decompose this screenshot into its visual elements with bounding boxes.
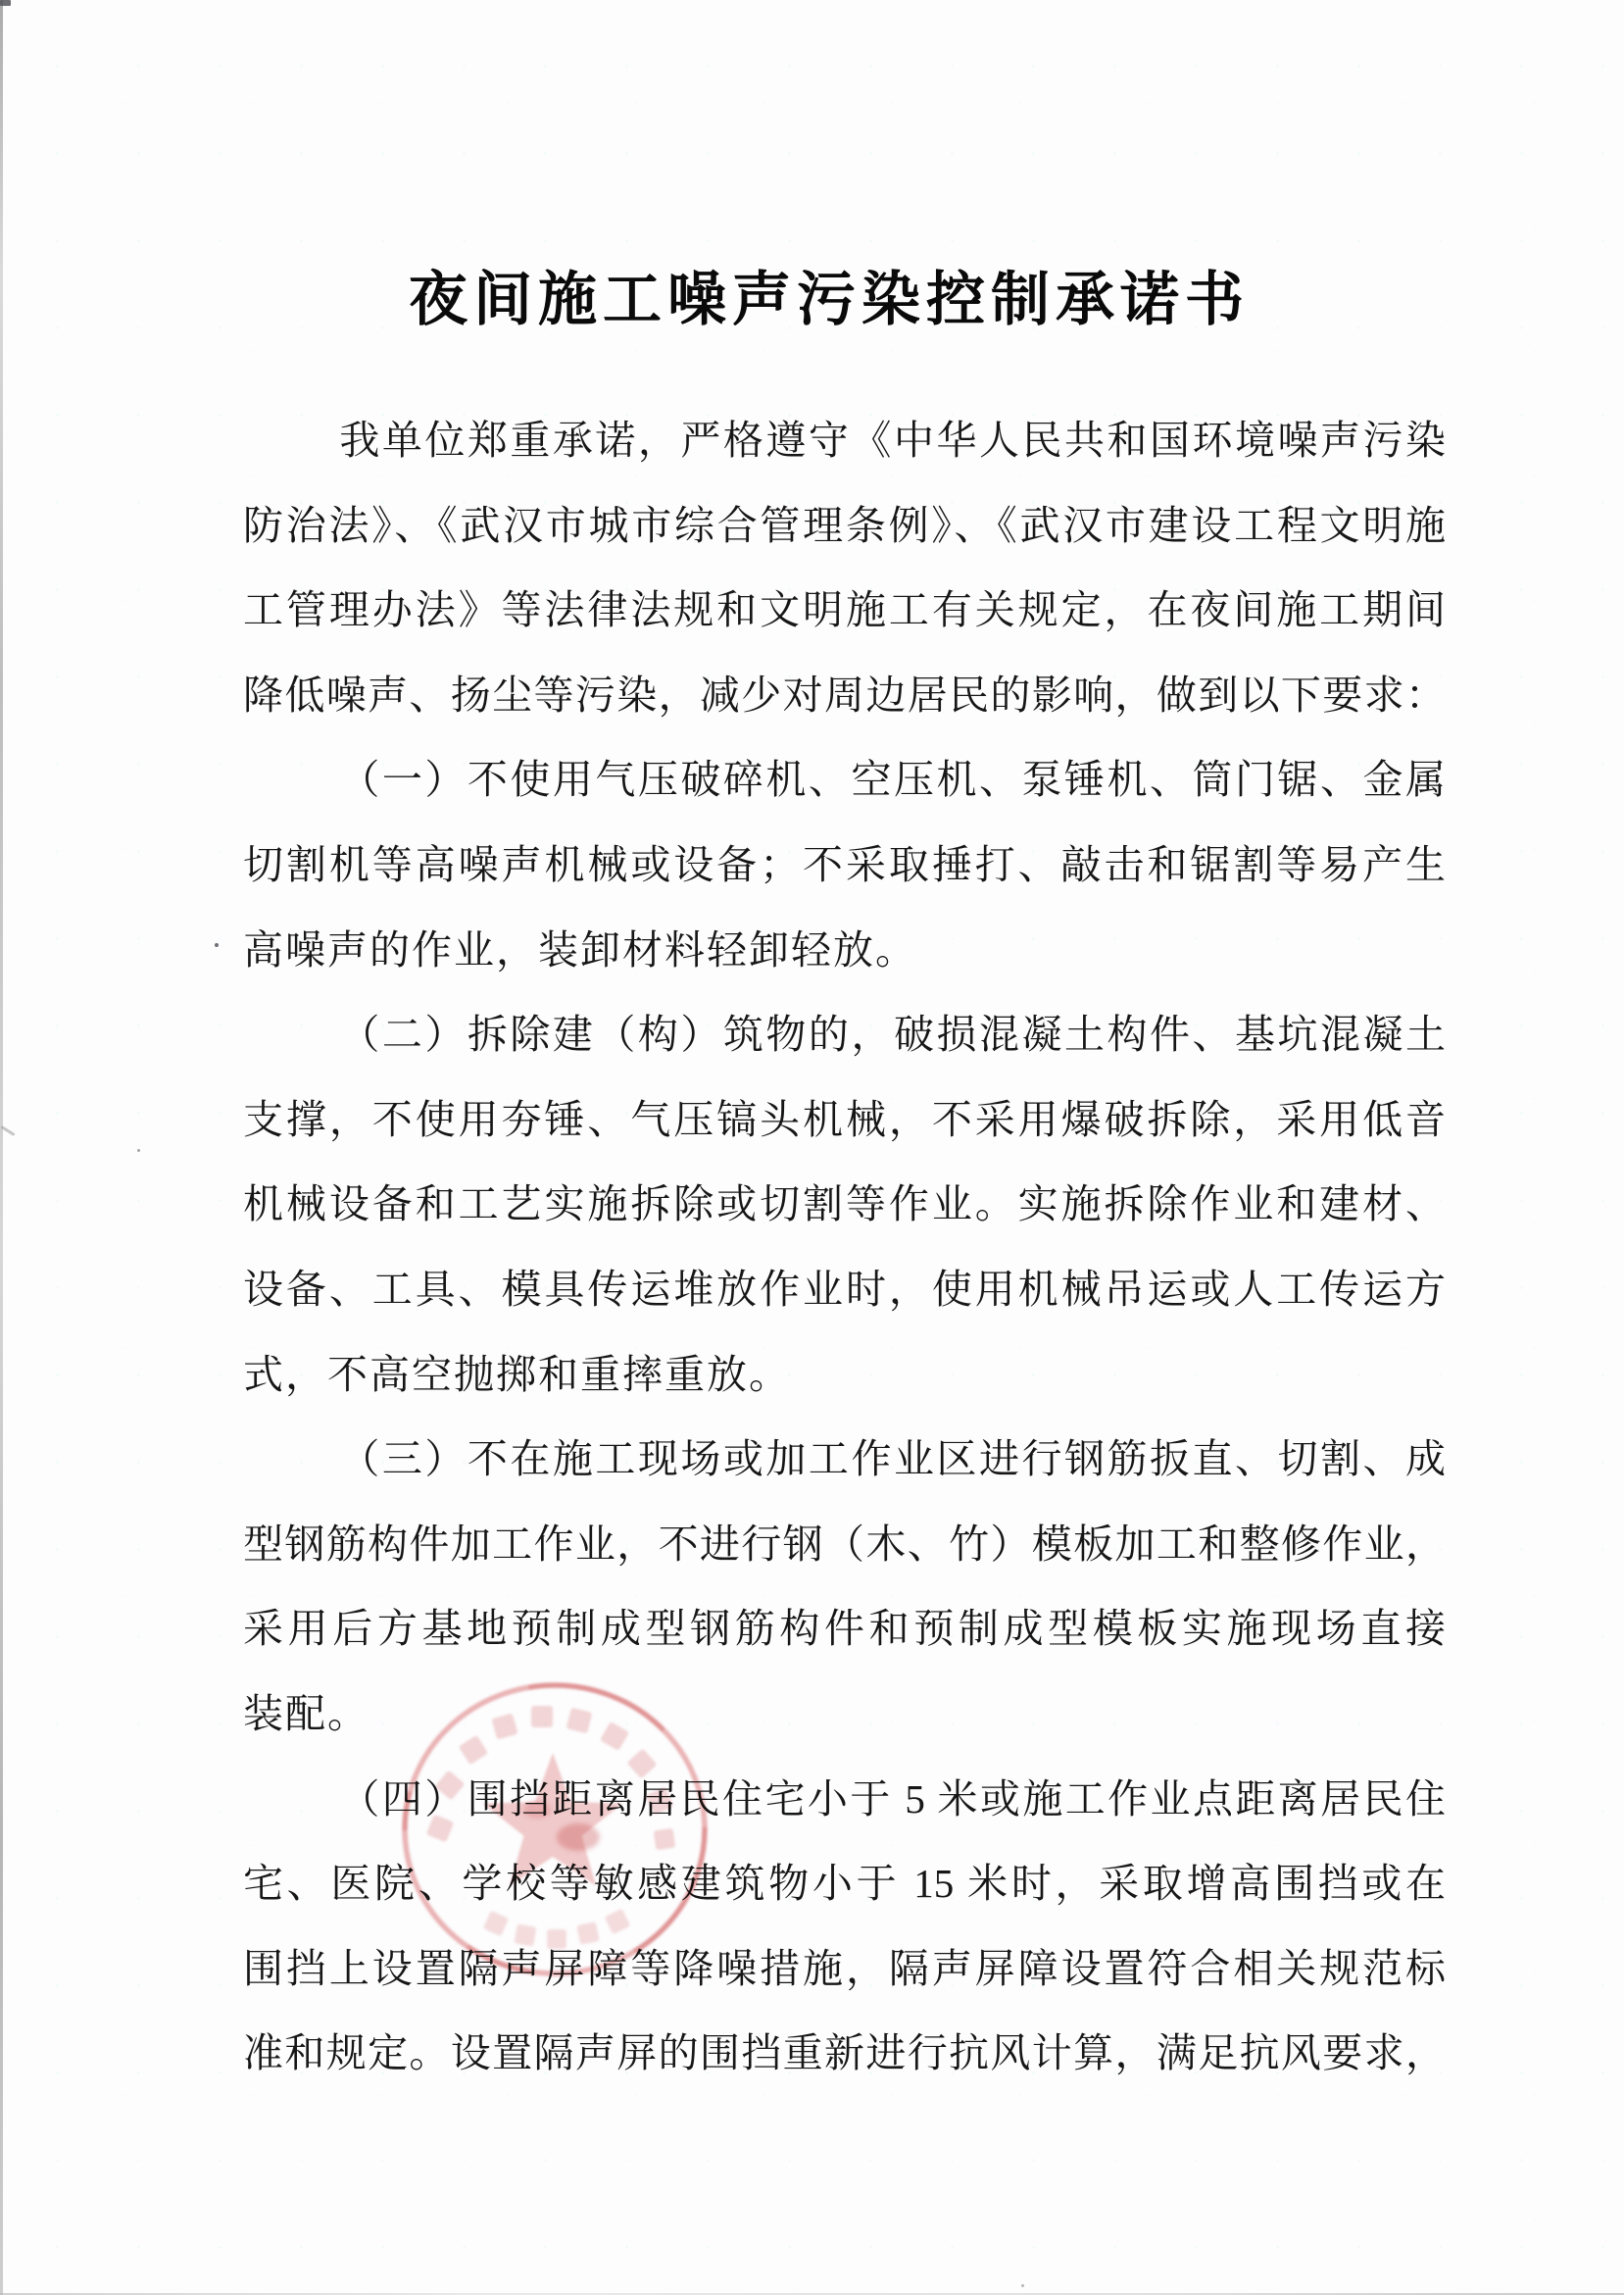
body-line: 降低噪声、扬尘等污染，减少对周边居民的影响，做到以下要求： (243, 653, 1446, 738)
scan-edge-artifact-left (0, 0, 3, 2295)
scan-corner-artifact (0, 0, 11, 6)
scan-speck (137, 1149, 140, 1152)
document-body: 我单位郑重承诺，严格遵守《中华人民共和国环境噪声污染防治法》、《武汉市城市综合管… (243, 398, 1446, 2096)
body-line: 围挡上设置隔声屏障等降噪措施，隔声屏障设置符合相关规范标 (243, 1926, 1446, 2012)
document-title: 夜间施工噪声污染控制承诺书 (409, 253, 1250, 337)
body-line: 防治法》、《武汉市城市综合管理条例》、《武汉市建设工程文明施 (243, 483, 1446, 569)
body-line: 切割机等高噪声机械或设备；不采取捶打、敲击和锯割等易产生 (243, 823, 1446, 908)
scan-speck (215, 943, 219, 947)
scanned-document-page: 夜间施工噪声污染控制承诺书 我单位郑重承诺，严格遵守《中华人民共和国环境噪声污染… (0, 0, 1624, 2295)
body-line: 宅、医院、学校等敏感建筑物小于 15 米时，采取增高围挡或在 (243, 1841, 1446, 1926)
body-line: 机械设备和工艺实施拆除或切割等作业。实施拆除作业和建材、 (243, 1162, 1446, 1247)
body-line: （一）不使用气压破碎机、空压机、泵锤机、筒门锯、金属 (243, 737, 1446, 823)
body-line: 型钢筋构件加工作业，不进行钢（木、竹）模板加工和整修作业， (243, 1502, 1446, 1587)
body-line: （四）围挡距离居民住宅小于 5 米或施工作业点距离居民住 (243, 1757, 1446, 1842)
body-line: 式，不高空抛掷和重摔重放。 (243, 1332, 1446, 1418)
body-line: 支撑，不使用夯锤、气压镐头机械，不采用爆破拆除，采用低音 (243, 1077, 1446, 1163)
body-line: 工管理办法》等法律法规和文明施工有关规定，在夜间施工期间 (243, 568, 1446, 653)
body-line: （三）不在施工现场或加工作业区进行钢筋扳直、切割、成 (243, 1417, 1446, 1502)
body-line: 我单位郑重承诺，严格遵守《中华人民共和国环境噪声污染 (243, 398, 1446, 483)
body-line: 设备、工具、模具传运堆放作业时，使用机械吊运或人工传运方 (243, 1247, 1446, 1332)
body-line: （二）拆除建（构）筑物的，破损混凝土构件、基坑混凝土 (243, 992, 1446, 1077)
body-line: 高噪声的作业，装卸材料轻卸轻放。 (243, 908, 1446, 993)
body-line: 采用后方基地预制成型钢筋构件和预制成型模板实施现场直接 (243, 1586, 1446, 1671)
body-line: 装配。 (243, 1671, 1446, 1757)
scan-speck (1021, 2284, 1024, 2287)
body-line: 准和规定。设置隔声屏的围挡重新进行抗风计算，满足抗风要求， (243, 2011, 1446, 2096)
